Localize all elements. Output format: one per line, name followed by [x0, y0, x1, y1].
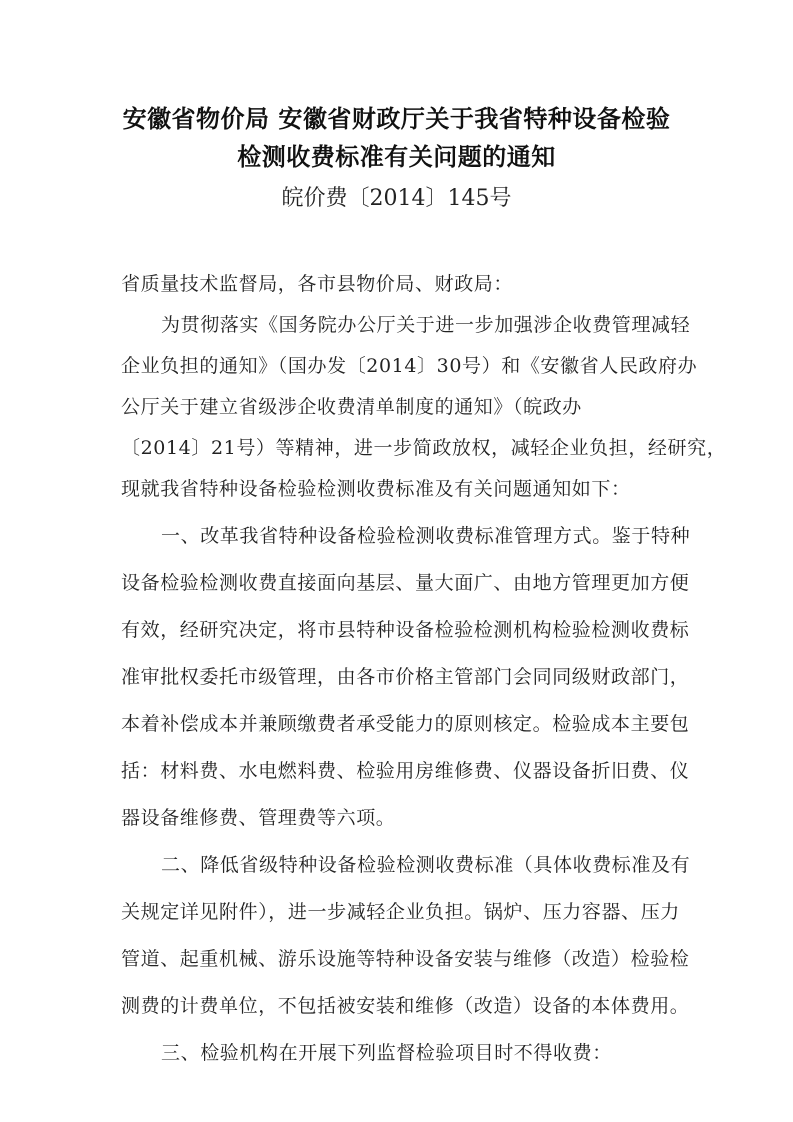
body-line: 企业负担的通知》（国办发〔2014〕30号）和《安徽省人民政府办 [121, 353, 681, 379]
section-2-heading-line: 二、降低省级特种设备检验检测收费标准（具体收费标准及有 [161, 852, 721, 878]
body-line: 〔2014〕21号）等精神，进一步简政放权，减轻企业负担，经研究， [121, 435, 681, 461]
section-1-heading-line: 一、改革我省特种设备检验检测收费标准管理方式。鉴于特种 [161, 523, 721, 549]
body-line: 设备检验检测收费直接面向基层、量大面广、由地方管理更加方便 [121, 570, 681, 596]
body-line: 本着补偿成本并兼顾缴费者承受能力的原则核定。检验成本主要包 [121, 711, 681, 737]
document-number: 皖价费〔2014〕145号 [0, 184, 793, 214]
document-title-line-2: 检测收费标准有关问题的通知 [0, 142, 793, 172]
body-line: 现就我省特种设备检验检测收费标准及有关问题通知如下： [121, 476, 681, 502]
document-page: 安徽省物价局 安徽省财政厅关于我省特种设备检验 检测收费标准有关问题的通知 皖价… [0, 0, 793, 1122]
body-line: 有效，经研究决定，将市县特种设备检验检测机构检验检测收费标 [121, 617, 681, 643]
body-line: 测费的计费单位，不包括被安装和维修（改造）设备的本体费用。 [121, 993, 681, 1019]
body-line: 括：材料费、水电燃料费、检验用房维修费、仪器设备折旧费、仪 [121, 758, 681, 784]
salutation: 省质量技术监督局，各市县物价局、财政局： [121, 271, 681, 297]
document-title-line-1: 安徽省物价局 安徽省财政厅关于我省特种设备检验 [0, 104, 793, 134]
body-line: 公厅关于建立省级涉企收费清单制度的通知》（皖政办 [121, 394, 681, 420]
body-line: 准审批权委托市级管理，由各市价格主管部门会同同级财政部门， [121, 664, 681, 690]
body-line: 器设备维修费、管理费等六项。 [121, 805, 681, 831]
section-3-heading-line: 三、检验机构在开展下列监督检验项目时不得收费： [161, 1040, 721, 1066]
body-line: 管道、起重机械、游乐设施等特种设备安装与维修（改造）检验检 [121, 946, 681, 972]
body-line: 为贯彻落实《国务院办公厅关于进一步加强涉企收费管理减轻 [161, 312, 721, 338]
body-line: 关规定详见附件），进一步减轻企业负担。锅炉、压力容器、压力 [121, 899, 681, 925]
